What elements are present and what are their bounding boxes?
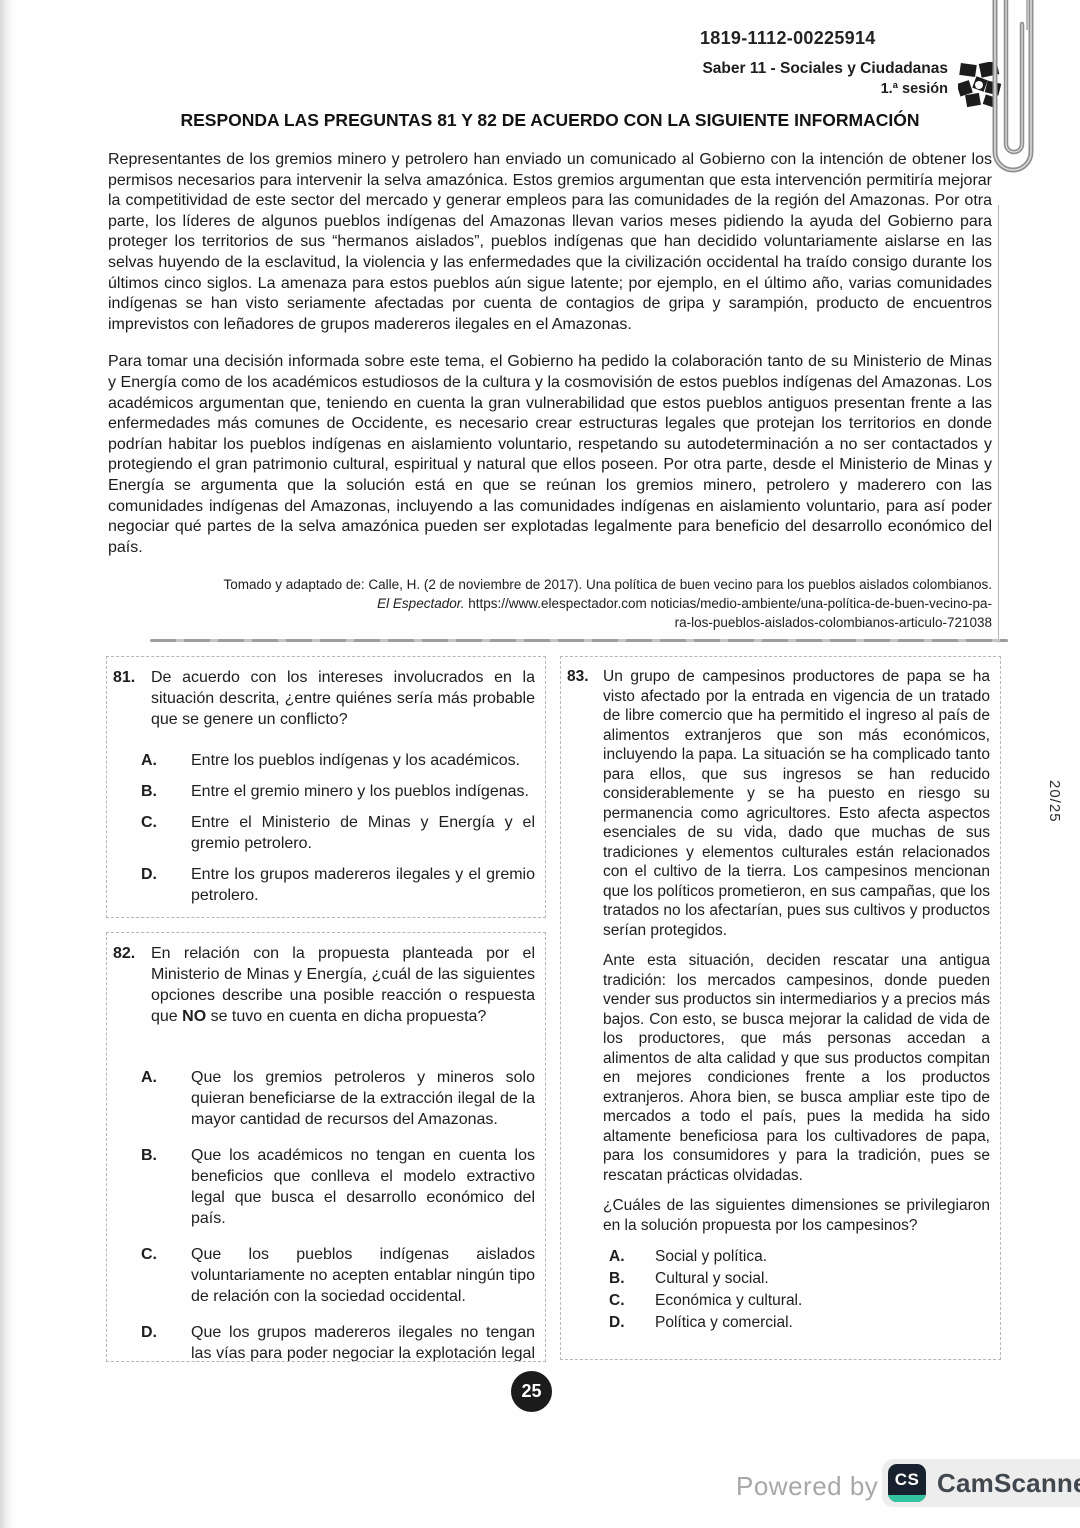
cs-icon-letters: CS — [888, 1464, 926, 1495]
option-text: Que los pueblos indígenas aislados volun… — [191, 1244, 535, 1307]
scan-edge-shadow — [0, 0, 14, 1528]
option-81-b[interactable]: B. Entre el gremio minero y los pueblos … — [113, 781, 535, 802]
option-letter: C. — [609, 1291, 655, 1311]
option-text: Entre los pueblos indígenas y los académ… — [191, 750, 535, 771]
stimulus-paragraph-1: Representantes de los gremios minero y p… — [108, 150, 992, 335]
booklet-number: 1819-1112-00225914 — [700, 28, 876, 49]
option-letter: D. — [609, 1313, 655, 1333]
option-81-a[interactable]: A. Entre los pueblos indígenas y los aca… — [113, 750, 535, 771]
citation-url-part2: ra-los-pueblos-aislados-colombianos-arti… — [675, 615, 992, 630]
question-82-text: En relación con la propuesta planteada p… — [151, 943, 535, 1027]
exam-title: Saber 11 - Sociales y Ciudadanas — [702, 60, 948, 78]
question-83-number: 83. — [567, 667, 603, 940]
option-82-d[interactable]: D. Que los grupos madereros ilegales no … — [113, 1322, 535, 1362]
question-82: 82. En relación con la propuesta plantea… — [106, 932, 546, 1362]
question-81-options: A. Entre los pueblos indígenas y los aca… — [113, 750, 535, 906]
option-82-b[interactable]: B. Que los académicos no tengan en cuent… — [113, 1145, 535, 1229]
question-81-number: 81. — [113, 667, 151, 730]
question-83-paragraph-2: Ante esta situación, deciden rescatar un… — [603, 951, 990, 1185]
option-text: Entre el gremio minero y los pueblos ind… — [191, 781, 535, 802]
option-82-c[interactable]: C. Que los pueblos indígenas aislados vo… — [113, 1244, 535, 1307]
option-letter: C. — [141, 1244, 191, 1307]
option-82-a[interactable]: A. Que los gremios petroleros y mineros … — [113, 1067, 535, 1130]
camscanner-icon: CS — [888, 1464, 926, 1502]
option-text: Cultural y social. — [655, 1269, 990, 1289]
camscanner-badge[interactable]: CS CamScanner — [882, 1459, 1080, 1507]
question-83: 83. Un grupo de campesinos productores d… — [560, 656, 1001, 1360]
option-83-b[interactable]: B. Cultural y social. — [603, 1269, 990, 1289]
instruction-header: RESPONDA LAS PREGUNTAS 81 Y 82 DE ACUERD… — [108, 110, 992, 131]
camscanner-brand-label: CamScanner — [937, 1468, 1080, 1499]
citation-source-name: El Espectador. — [377, 596, 464, 611]
page-number-badge: 25 — [511, 1371, 552, 1412]
option-letter: D. — [141, 1322, 191, 1362]
option-81-c[interactable]: C. Entre el Ministerio de Minas y Energí… — [113, 812, 535, 854]
question-82-number: 82. — [113, 943, 151, 1027]
exam-session: 1.ª sesión — [702, 81, 948, 97]
stimulus-paragraph-2: Para tomar una decisión informada sobre … — [108, 352, 992, 558]
option-letter: C. — [141, 812, 191, 854]
option-text: Que los académicos no tengan en cuenta l… — [191, 1145, 535, 1229]
option-text: Entre el Ministerio de Minas y Energía y… — [191, 812, 535, 854]
option-letter: A. — [609, 1247, 655, 1267]
option-text: Que los grupos madereros ilegales no ten… — [191, 1322, 535, 1362]
camscanner-footer: Powered by CS CamScanner — [0, 1455, 1080, 1515]
citation-url-part1: https://www.elespectador.com noticias/me… — [464, 596, 992, 611]
option-text: Política y comercial. — [655, 1313, 990, 1333]
cs-icon-teal-bar — [888, 1495, 926, 1502]
option-81-d[interactable]: D. Entre los grupos madereros ilegales y… — [113, 864, 535, 906]
stimulus-block: Representantes de los gremios minero y p… — [108, 150, 992, 632]
option-83-d[interactable]: D. Política y comercial. — [603, 1313, 990, 1333]
question-83-paragraph-1: Un grupo de campesinos productores de pa… — [603, 667, 990, 940]
powered-by-label: Powered by — [736, 1471, 878, 1502]
question-81-text: De acuerdo con los intereses involucrado… — [151, 667, 535, 730]
option-letter: A. — [141, 1067, 191, 1130]
exam-header: Saber 11 - Sociales y Ciudadanas 1.ª ses… — [702, 60, 948, 97]
option-letter: D. — [141, 864, 191, 906]
option-text: Entre los grupos madereros ilegales y el… — [191, 864, 535, 906]
source-citation: Tomado y adaptado de: Calle, H. (2 de no… — [108, 575, 992, 632]
option-letter: A. — [141, 750, 191, 771]
stimulus-right-border — [998, 205, 999, 643]
option-letter: B. — [141, 1145, 191, 1229]
citation-line1: Tomado y adaptado de: Calle, H. (2 de no… — [224, 577, 992, 592]
question-83-question: ¿Cuáles de las siguientes dimensiones se… — [603, 1196, 990, 1235]
option-letter: B. — [609, 1269, 655, 1289]
separator-line — [150, 639, 1008, 642]
option-text: Que los gremios petroleros y mineros sol… — [191, 1067, 535, 1130]
option-83-c[interactable]: C. Económica y cultural. — [603, 1291, 990, 1311]
page-number: 25 — [521, 1381, 541, 1402]
sheet-indicator: 20/25 — [1046, 780, 1063, 823]
question-83-options: A. Social y política. B. Cultural y soci… — [603, 1247, 990, 1333]
option-text: Social y política. — [655, 1247, 990, 1267]
option-text: Económica y cultural. — [655, 1291, 990, 1311]
question-82-options: A. Que los gremios petroleros y mineros … — [113, 1067, 535, 1362]
option-letter: B. — [141, 781, 191, 802]
question-81: 81. De acuerdo con los intereses involuc… — [106, 656, 546, 918]
question-82-bold-NO: NO — [182, 1008, 206, 1025]
option-83-a[interactable]: A. Social y política. — [603, 1247, 990, 1267]
